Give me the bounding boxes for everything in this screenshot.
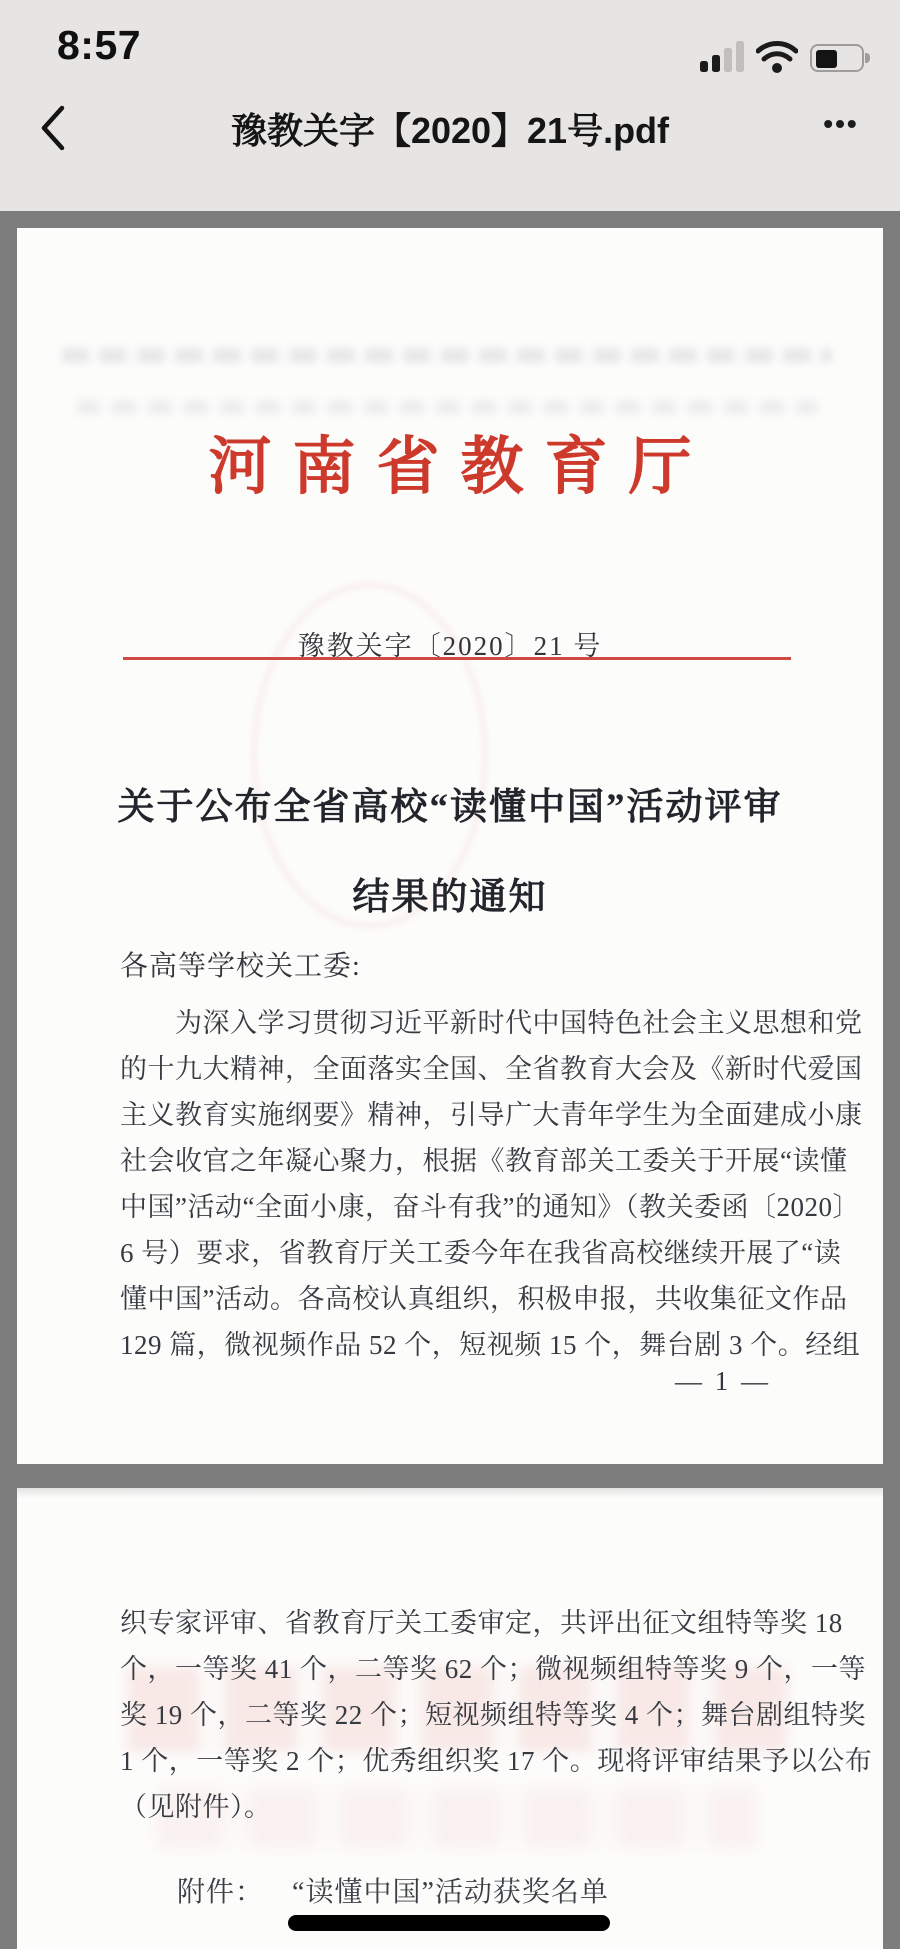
agency-header: 河南省教育厅 bbox=[17, 416, 883, 507]
signal-bar bbox=[736, 41, 744, 72]
wifi-icon bbox=[756, 40, 798, 74]
attachment-title: “读懂中国”活动获奖名单 bbox=[292, 1877, 609, 1908]
cellular-signal-icon bbox=[700, 40, 744, 74]
battery-fill bbox=[816, 50, 837, 68]
back-button[interactable] bbox=[30, 100, 78, 156]
status-time: 8:57 bbox=[57, 22, 141, 69]
body-line: 为深入学习贯彻习近平新时代中国特色社会主义思想和党 bbox=[120, 1000, 820, 1046]
document-title: 豫教关字【2020】21号.pdf bbox=[120, 103, 780, 154]
signal-bar bbox=[724, 48, 732, 72]
body-line: 织专家评审、省教育厅关工委审定，共评出征文组特等奖 18 bbox=[120, 1600, 820, 1646]
battery-icon bbox=[810, 42, 872, 74]
pdf-page-1: 河南省教育厅 豫教关字〔2020〕21 号 关于公布全省高校“读懂中国”活动评审… bbox=[17, 228, 883, 1464]
body-line: 6 号）要求，省教育厅关工委今年在我省高校继续开展了“读 bbox=[120, 1230, 820, 1276]
body-line: 1 个，一等奖 2 个；优秀组织奖 17 个。现将评审结果予以公布 bbox=[120, 1738, 820, 1784]
more-button[interactable]: ••• bbox=[804, 96, 878, 152]
notice-title-line-2: 结果的通知 bbox=[17, 866, 883, 920]
battery-outline bbox=[810, 44, 864, 72]
body-line: （见附件）。 bbox=[120, 1784, 820, 1830]
scan-bleed-artifact bbox=[62, 348, 832, 363]
phone-screen: 8:57 豫教关 bbox=[0, 0, 900, 1949]
body-line: 129 篇，微视频作品 52 个，短视频 15 个，舞台剧 3 个。经组 bbox=[120, 1322, 820, 1368]
salutation: 各高等学校关工委: bbox=[120, 944, 361, 984]
body-line: 中国”活动“全面小康，奋斗有我”的通知》（教关委函〔2020〕 bbox=[120, 1184, 820, 1230]
pdf-page-2: 织专家评审、省教育厅关工委审定，共评出征文组特等奖 18 个，一等奖 41 个，… bbox=[17, 1488, 883, 1949]
body-paragraph: 织专家评审、省教育厅关工委审定，共评出征文组特等奖 18 个，一等奖 41 个，… bbox=[120, 1600, 820, 1830]
battery-nub bbox=[865, 53, 870, 63]
body-line: 个，一等奖 41 个，二等奖 62 个；微视频组特等奖 9 个，一等 bbox=[120, 1646, 820, 1692]
body-paragraph: 为深入学习贯彻习近平新时代中国特色社会主义思想和党 的十九大精神，全面落实全国、… bbox=[120, 1000, 820, 1368]
signal-bar bbox=[712, 55, 720, 72]
top-chrome: 8:57 豫教关 bbox=[0, 0, 900, 211]
body-line: 主义教育实施纲要》精神，引导广大青年学生为全面建成小康 bbox=[120, 1092, 820, 1138]
home-indicator[interactable] bbox=[288, 1915, 610, 1931]
scan-bleed-artifact bbox=[77, 400, 817, 414]
attachment-line: 附件：“读懂中国”活动获奖名单 bbox=[177, 1870, 609, 1910]
page-number: — 1 — bbox=[675, 1366, 771, 1397]
attachment-label: 附件： bbox=[177, 1877, 264, 1908]
red-rule bbox=[123, 657, 791, 660]
signal-bar bbox=[700, 61, 708, 72]
body-line: 的十九大精神，全面落实全国、全省教育大会及《新时代爱国 bbox=[120, 1046, 820, 1092]
notice-title-line-1: 关于公布全省高校“读懂中国”活动评审 bbox=[17, 776, 883, 830]
status-icons bbox=[700, 34, 872, 74]
body-line: 社会收官之年凝心聚力，根据《教育部关工委关于开展“读懂 bbox=[120, 1138, 820, 1184]
body-line: 奖 19 个，二等奖 22 个；短视频组特等奖 4 个；舞台剧组特奖 bbox=[120, 1692, 820, 1738]
body-line: 懂中国”活动。各高校认真组织，积极申报，共收集征文作品 bbox=[120, 1276, 820, 1322]
ellipsis-icon: ••• bbox=[823, 108, 858, 139]
chevron-left-icon bbox=[30, 100, 78, 156]
